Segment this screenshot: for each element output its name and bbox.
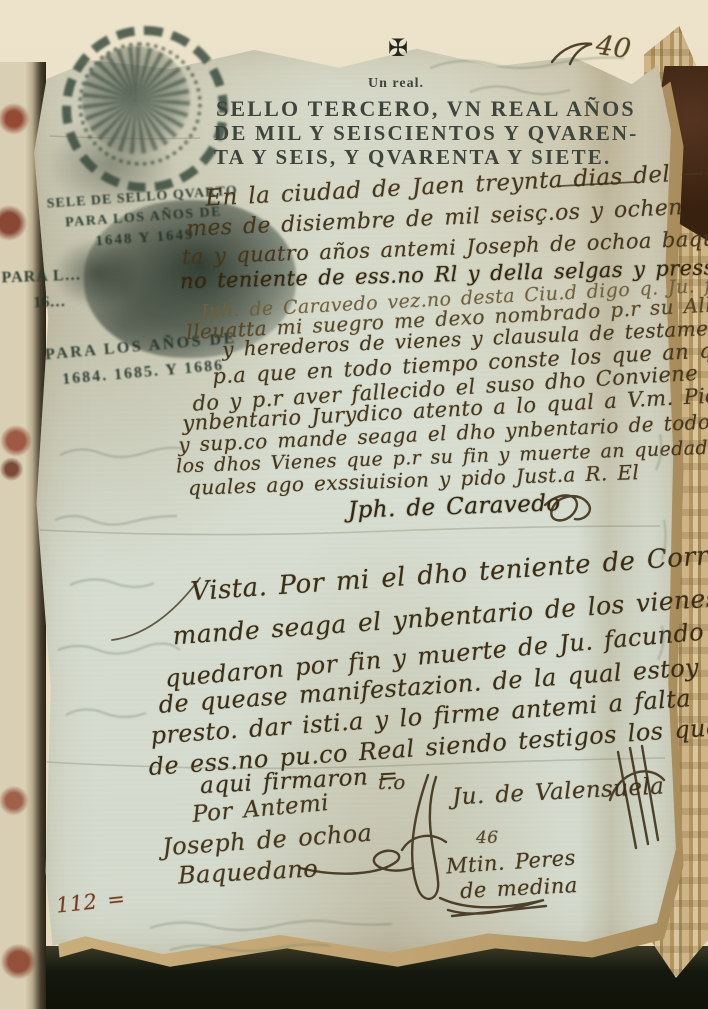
witness-signature-line: de medina (459, 873, 578, 903)
folio-paraph (552, 44, 592, 64)
ink-smudge (52, 238, 142, 308)
petitioner-signature: Jph. de Caravedo (348, 490, 561, 523)
witness-signature: Ju. de Valensuela (451, 773, 664, 810)
printed-header-line: SELLO TERCERO, VN REAL AÑOS (216, 96, 636, 122)
folio-number: 40 (594, 30, 633, 66)
photo-stage: ✠ Un real. 40 SELLO TERCERO, VN REAL AÑO… (0, 0, 708, 1009)
archival-note: 112 = (55, 886, 126, 917)
printed-header-line: DE MIL Y SEISCIENTOS Y QVAREN- (214, 121, 638, 146)
official-seal-stamp (52, 24, 234, 188)
witness-mark: t.o (378, 770, 406, 794)
number-mark: 46 (476, 828, 498, 848)
page-content: ✠ Un real. 40 SELLO TERCERO, VN REAL AÑO… (0, 0, 708, 1009)
notary-signature-line: Baquedano (177, 854, 318, 889)
un-real-label: Un real. (368, 76, 424, 92)
printed-header-line: TA Y SEIS, Y QVARENTA Y SIETE. (214, 145, 611, 170)
center-flourish (402, 775, 446, 899)
cross-icon: ✠ (388, 34, 408, 62)
